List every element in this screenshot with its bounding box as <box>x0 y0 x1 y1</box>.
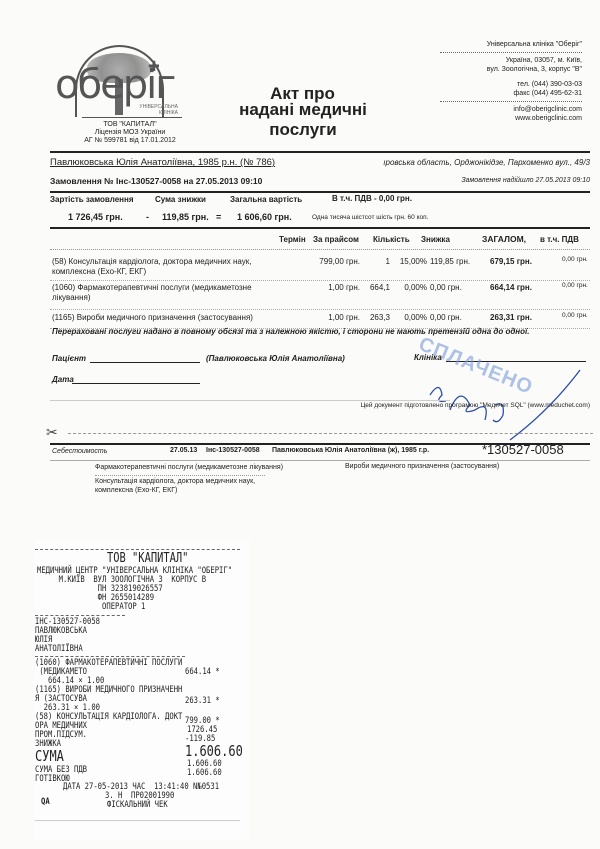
stub-date: 27.05.13 <box>170 447 197 454</box>
fiscal-receipt: ТОВ "КАПИТАЛ" МЕДИЧНИЙ ЦЕНТР "УНІВЕРСАЛЬ… <box>35 540 250 840</box>
service-vat: 0,00 грн. <box>562 282 588 289</box>
service-qty: 664,1 <box>362 283 390 292</box>
date-field[interactable] <box>72 383 200 384</box>
divider-top <box>50 151 590 153</box>
receipt-sum-label: СУМА <box>35 749 64 764</box>
col-total: ЗАГАЛОМ, <box>482 234 526 244</box>
service-price: 1,00 грн. <box>290 313 360 322</box>
service-price: 799,00 грн. <box>290 257 360 266</box>
service-name: (1060) Фармакотерапевтичні послуги (меди… <box>52 283 252 292</box>
service-name-cont: лікування) <box>52 293 90 302</box>
service-disc-amt: 0,00 грн. <box>430 313 462 322</box>
col-vat: в т.ч. ПДВ <box>540 235 579 244</box>
stub-barcode-text: *130527-0058 <box>482 442 564 457</box>
service-disc-pct: 15,00% <box>395 257 427 266</box>
logo-sub-2: КЛІНІКА <box>128 110 178 116</box>
header-divider-1 <box>440 52 582 53</box>
service-disc-pct: 0,00% <box>395 283 427 292</box>
receipt-logo-icon: QA <box>41 798 50 807</box>
stub-order-no: Інс-130527-0058 <box>206 447 260 454</box>
service-name: (58) Консультація кардіолога, доктора ме… <box>52 257 251 266</box>
receipt-footer: ФІСКАЛЬНИЙ ЧЕК <box>107 801 168 810</box>
license-line-2: АГ № 599781 від 17.01.2012 <box>70 137 190 145</box>
logo-divider <box>82 117 182 118</box>
cut-line <box>68 433 593 434</box>
completion-statement: Перераховані послуги надано в повному об… <box>52 327 529 336</box>
stub-patient: Павлюковська Юлія Анатоліївна (ж), 1985 … <box>272 447 429 454</box>
service-vat: 0,00 грн. <box>562 256 588 263</box>
service-disc-pct: 0,00% <box>395 313 427 322</box>
order-received: Замовлення надійшло 27.05.2013 09:10 <box>380 177 590 184</box>
label-vat: В т.ч. ПДВ - 0,00 грн. <box>332 194 412 203</box>
stub-cost-label: Себестоимость <box>52 448 107 455</box>
service-total: 263,31 грн. <box>490 313 532 322</box>
scissors-icon: ✂ <box>46 424 58 441</box>
divider-totals <box>50 227 590 229</box>
patient-name[interactable]: Павлюковська Юлія Анатоліївна, 1985 р.н.… <box>50 157 275 168</box>
address-line-2: вул. Зоологічна, 3, корпус "В" <box>440 65 582 74</box>
page-title-2: надані медичні послуги <box>228 100 378 140</box>
col-discount: Знижка <box>421 235 450 244</box>
col-qty: Кількість <box>373 235 410 244</box>
stub-item: Консультація кардіолога, доктора медични… <box>95 478 255 485</box>
table-row[interactable]: (58) Консультація кардіолога, доктора ме… <box>50 252 590 281</box>
label-total: Загальна вартість <box>230 195 302 204</box>
minus-sign: - <box>146 212 149 222</box>
service-disc-amt: 119,85 грн. <box>430 257 470 266</box>
patient-signature-label: Пацієнт <box>52 354 86 363</box>
equals-sign: = <box>216 212 221 222</box>
label-discount: Сума знижки <box>155 195 206 204</box>
total-value: 1 606,60 грн. <box>237 212 292 222</box>
address-line-1: Україна, 03057, м. Київ, <box>440 56 582 65</box>
label-order-cost: Зартість замовлення <box>50 195 133 204</box>
company-name: ТОВ "КАПИТАЛ" <box>70 121 190 129</box>
receipt-customer: АНАТОЛІЇВНА <box>35 645 83 654</box>
date-label: Дата <box>52 375 74 384</box>
receipt-item-amount: 664.14 * <box>185 668 220 677</box>
stub-item: комплексна (Ехо-КГ, ЕКГ) <box>95 487 177 494</box>
service-name: (1165) Вироби медичного призначення (зас… <box>52 313 253 322</box>
col-price: За прайсом <box>313 235 359 244</box>
discount-value: 119,85 грн. <box>162 212 209 222</box>
clover-cross-icon: ✚ <box>148 58 160 75</box>
receipt-sum: 1.606.60 <box>185 744 243 759</box>
header-divider-2 <box>440 101 582 102</box>
service-price: 1,00 грн. <box>290 283 360 292</box>
software-footer-note: Цей документ підготовлено програмою "Мед… <box>310 402 590 409</box>
divider-order <box>50 191 590 193</box>
service-disc-amt: 0,00 грн. <box>430 283 462 292</box>
service-qty: 263,3 <box>362 313 390 322</box>
service-total: 664,14 грн. <box>490 283 532 292</box>
patient-signature-name: (Павлюковська Юлія Анатоліївна) <box>206 354 345 363</box>
clinic-name: Універсальна клініка "Оберіг" <box>440 40 582 49</box>
receipt-company: ТОВ "КАПИТАЛ" <box>107 552 188 565</box>
receipt-item-amount: 263.31 * <box>185 697 220 706</box>
patient-signature-field[interactable] <box>90 362 200 363</box>
receipt-cash: 1.606.60 <box>187 769 222 778</box>
phone: тел. (044) 390-03-03 <box>440 80 582 89</box>
service-qty: 1 <box>370 257 390 266</box>
table-row[interactable]: (1060) Фармакотерапевтичні послуги (меди… <box>50 281 590 310</box>
license-line-1: Ліцензія МОЗ України <box>70 129 190 137</box>
website-link[interactable]: www.oberigclinic.com <box>440 114 582 123</box>
service-total: 679,15 грн. <box>490 257 532 266</box>
receipt-header-line: ОПЕРАТОР 1 <box>37 603 145 612</box>
patient-address: ıровська область, Орджонікідзе, Пархомен… <box>330 158 590 167</box>
col-term: Термін <box>279 235 306 244</box>
order-title: Замовлення № Інс-130527-0058 на 27.05.20… <box>50 176 262 186</box>
service-name-cont: комплексна (Ехо-КГ, ЕКГ) <box>52 267 146 276</box>
email-link[interactable]: info@oberigclinic.com <box>440 105 582 114</box>
stub-item: Фармакотерапевтичні послуги (медикаметоз… <box>95 464 283 471</box>
fax: факс (044) 495-62-31 <box>440 89 582 98</box>
total-in-words: Одна тисяча шістсот шість грн. 60 коп. <box>312 214 428 221</box>
order-cost-value: 1 726,45 грн. <box>68 212 123 222</box>
stub-item: Вироби медичного призначення (застосуван… <box>345 463 499 470</box>
service-vat: 0,00 грн. <box>562 312 588 319</box>
